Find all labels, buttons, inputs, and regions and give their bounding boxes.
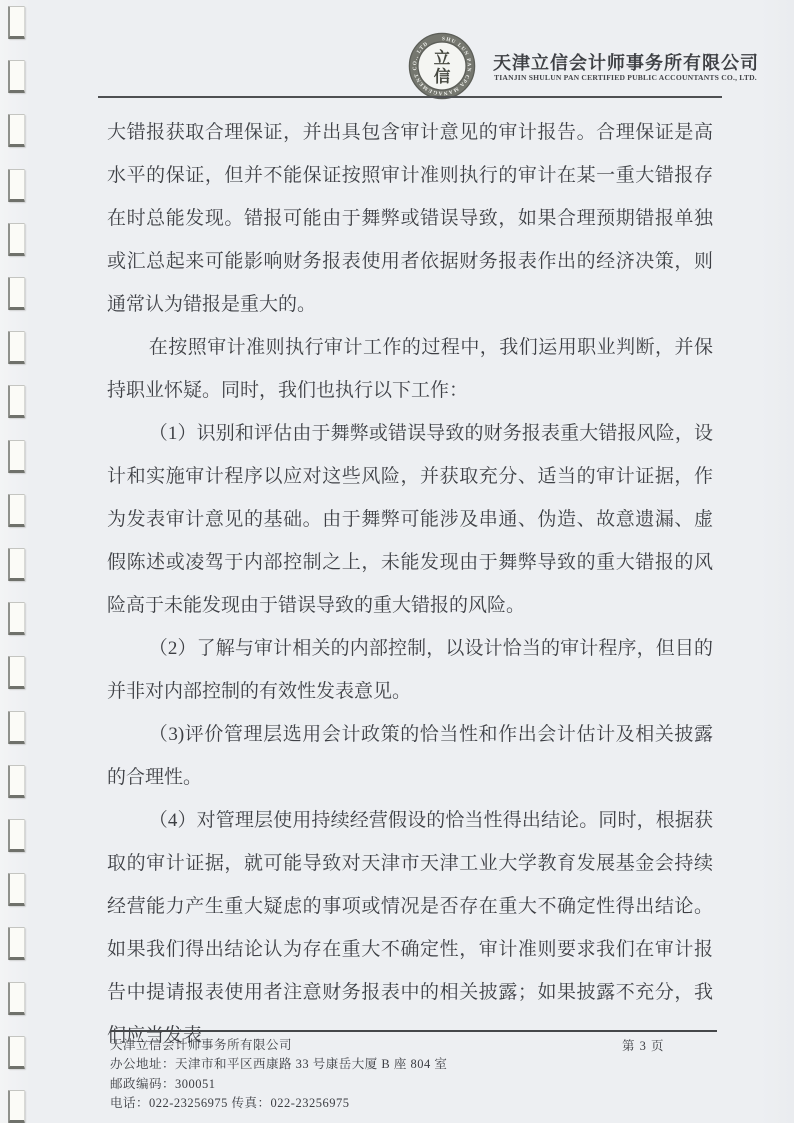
binding-hole bbox=[8, 114, 25, 147]
binding-hole bbox=[8, 169, 25, 202]
binding-hole bbox=[8, 819, 25, 852]
binding-hole bbox=[8, 494, 25, 527]
binding-hole bbox=[8, 982, 25, 1015]
binding-hole bbox=[8, 385, 25, 418]
binding-hole bbox=[8, 765, 25, 798]
page-number: 第 3 页 bbox=[622, 1036, 665, 1054]
body-paragraph: 大错报获取合理保证，并出具包含审计意见的审计报告。合理保证是高水平的保证，但并不… bbox=[107, 111, 713, 326]
body-paragraph: 在按照审计准则执行审计工作的过程中，我们运用职业判断，并保持职业怀疑。同时，我们… bbox=[107, 326, 713, 412]
seal-icon: SHU LUN PAN CPA MANAGEMENT CO., LTD 立 信 bbox=[407, 31, 477, 101]
binding-hole bbox=[8, 711, 25, 744]
binding-hole bbox=[8, 277, 25, 310]
binding-hole bbox=[8, 548, 25, 581]
binding-hole bbox=[8, 1036, 25, 1069]
company-seal-logo: SHU LUN PAN CPA MANAGEMENT CO., LTD 立 信 bbox=[407, 31, 477, 101]
binding-hole bbox=[8, 440, 25, 473]
document-body: 大错报获取合理保证，并出具包含审计意见的审计报告。合理保证是高水平的保证，但并不… bbox=[107, 111, 713, 1057]
binding-hole bbox=[8, 223, 25, 256]
binding-strip bbox=[0, 0, 34, 1123]
company-name-cn: 天津立信会计师事务所有限公司 bbox=[493, 49, 721, 75]
binding-hole bbox=[8, 6, 25, 39]
binding-hole bbox=[8, 60, 25, 93]
seal-char-bottom: 信 bbox=[434, 66, 451, 86]
binding-hole bbox=[8, 927, 25, 960]
binding-hole bbox=[8, 331, 25, 364]
body-paragraph: （2）了解与审计相关的内部控制，以设计恰当的审计程序，但目的并非对内部控制的有效… bbox=[107, 627, 713, 713]
footer-divider bbox=[110, 1030, 717, 1032]
seal-char-top: 立 bbox=[434, 47, 451, 67]
header-divider bbox=[98, 96, 722, 98]
binding-hole bbox=[8, 1090, 25, 1123]
footer-phone-fax: 电话：022-23256975 传真：022-23256975 bbox=[110, 1094, 717, 1113]
footer-postal-code: 邮政编码：300051 bbox=[110, 1075, 717, 1094]
binding-hole bbox=[8, 873, 25, 906]
binding-hole bbox=[8, 656, 25, 689]
scanned-document-page: SHU LUN PAN CPA MANAGEMENT CO., LTD 立 信 … bbox=[0, 0, 794, 1123]
body-paragraph: （4）对管理层使用持续经营假设的恰当性得出结论。同时，根据获取的审计证据，就可能… bbox=[107, 799, 713, 1057]
body-paragraph: （3)评价管理层选用会计政策的恰当性和作出会计估计及相关披露的合理性。 bbox=[107, 713, 713, 799]
company-name-en: TIANJIN SHULUN PAN CERTIFIED PUBLIC ACCO… bbox=[494, 73, 722, 82]
footer-address: 办公地址：天津市和平区西康路 33 号康岳大厦 B 座 804 室 bbox=[110, 1055, 717, 1074]
body-paragraph: （1）识别和评估由于舞弊或错误导致的财务报表重大错报风险，设计和实施审计程序以应… bbox=[107, 412, 713, 627]
binding-hole bbox=[8, 602, 25, 635]
